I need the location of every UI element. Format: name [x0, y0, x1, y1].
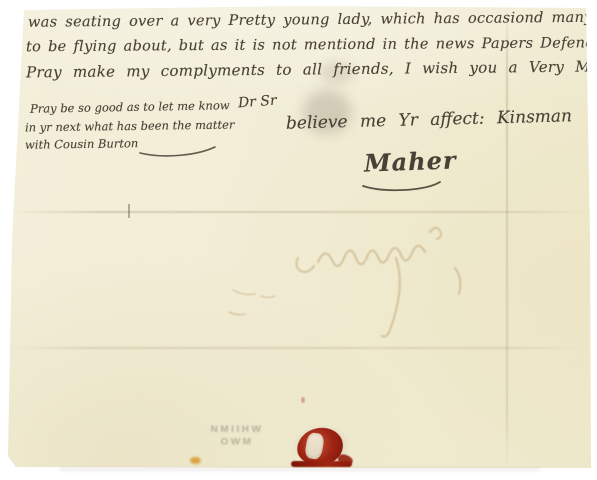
paper-edge-vignette	[0, 0, 597, 480]
letter-paper: was seating over a very Pretty young lad…	[0, 0, 597, 480]
paper-bottom-shadow	[60, 468, 540, 471]
